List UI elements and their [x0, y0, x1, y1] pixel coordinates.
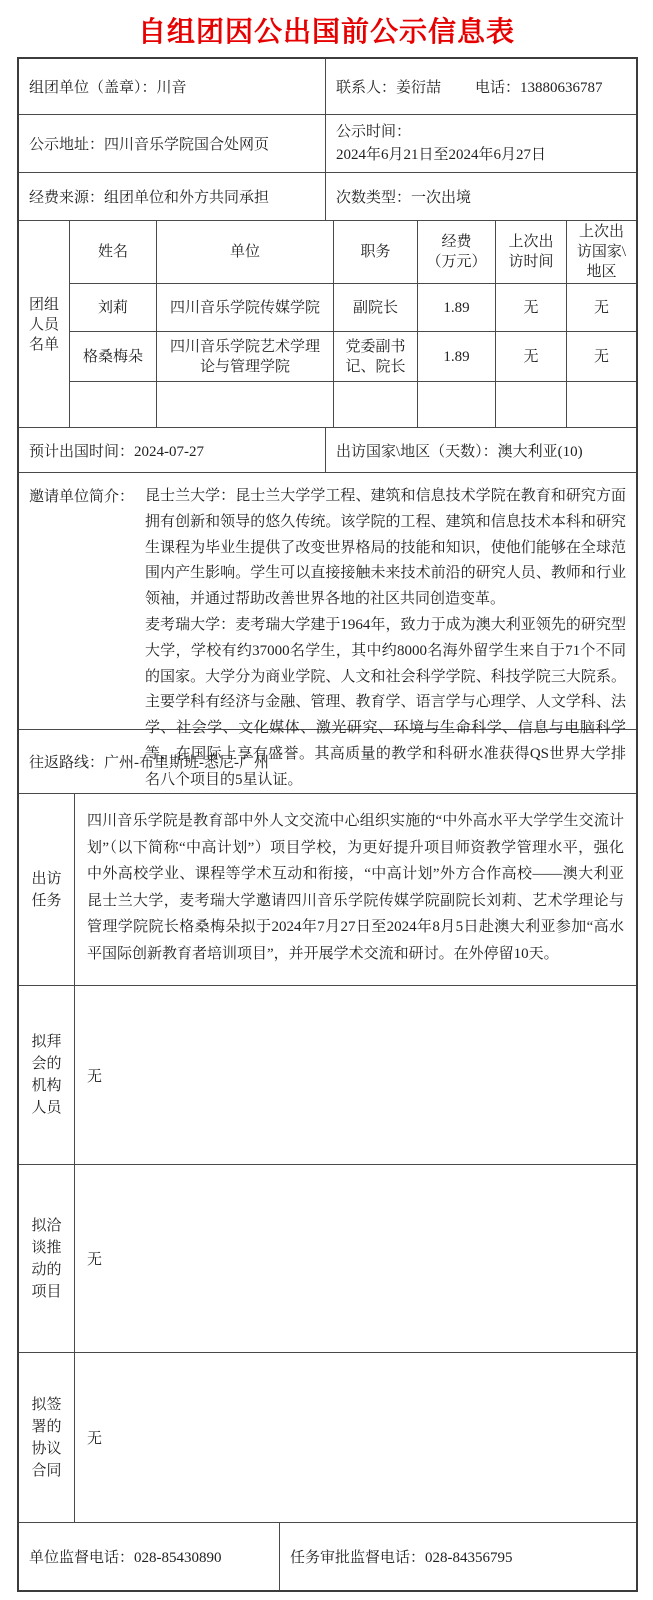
trip-type-cell: 次数类型：一次出境	[325, 173, 636, 220]
personnel-unit	[156, 381, 333, 428]
personnel-last-visit-time	[495, 381, 566, 428]
personnel-last-visit-time: 无	[495, 331, 566, 381]
personnel-last-visit-region: 无	[566, 283, 636, 331]
row-supervision-phones: 单位监督电话：028-85430890 任务审批监督电话：028-8435679…	[19, 1522, 636, 1590]
contact-person: 联系人：姜衍喆	[336, 76, 441, 97]
row-funding: 经费来源：组团单位和外方共同承担 次数类型：一次出境	[19, 172, 636, 220]
personnel-position	[333, 381, 417, 428]
projects-to-discuss-value: 无	[75, 1165, 636, 1352]
agreements-to-sign-label: 拟签 署的 协议 合同	[19, 1353, 75, 1522]
publicity-address-cell: 公示地址：四川音乐学院国合处网页	[19, 115, 325, 172]
unit-supervision-phone-cell: 单位监督电话：028-85430890	[19, 1523, 279, 1590]
route-cell: 往返路线：广州-布里斯班-悉尼-广州	[19, 730, 636, 793]
visit-task-body: 四川音乐学院是教育部中外人文交流中心组织实施的“中外高水平大学学生交流计划”（以…	[75, 794, 636, 985]
row-route: 往返路线：广州-布里斯班-悉尼-广州	[19, 729, 636, 793]
section-agreements-to-sign: 拟签 署的 协议 合同 无	[19, 1352, 636, 1522]
personnel-last-visit-time: 无	[495, 283, 566, 331]
task-supervision-phone-cell: 任务审批监督电话：028-84356795	[279, 1523, 636, 1590]
personnel-position: 党委副书 记、院长	[333, 331, 417, 381]
page-title: 自组团因公出国前公示信息表	[0, 10, 653, 50]
personnel-fee	[417, 381, 495, 428]
personnel-name: 格桑梅朵	[69, 331, 156, 381]
publicity-form-sheet: 自组团因公出国前公示信息表 组团单位（盖章）：川音 联系人：姜衍喆 电话：138…	[0, 0, 653, 1600]
publicity-form-table: 组团单位（盖章）：川音 联系人：姜衍喆 电话：13880636787 公示地址：…	[17, 57, 638, 1592]
personnel-table: 团组 人员 名单 姓名 单位 职务 经费 （万元） 上次出 访时间 上次出 访国…	[19, 220, 636, 427]
personnel-unit: 四川音乐学院艺术学理 论与管理学院	[156, 331, 333, 381]
row-departure: 预计出国时间：2024-07-27 出访国家\地区（天数）：澳大利亚(10)	[19, 427, 636, 472]
expected-departure-cell: 预计出国时间：2024-07-27	[19, 428, 325, 472]
visit-task-text: 四川音乐学院是教育部中外人文交流中心组织实施的“中外高水平大学学生交流计划”（以…	[87, 808, 624, 967]
inviting-org-cell: 邀请单位简介： 昆士兰大学：昆士兰大学学工程、建筑和信息技术学院在教育和研究方面…	[19, 473, 636, 729]
agreements-to-sign-value: 无	[75, 1353, 636, 1522]
personnel-row-label: 团组 人员 名单	[19, 221, 69, 428]
orgs-to-visit-label: 拟拜 会的 机构 人员	[19, 986, 75, 1164]
destination-cell: 出访国家\地区（天数）：澳大利亚(10)	[325, 428, 636, 472]
personnel-fee: 1.89	[417, 283, 495, 331]
row-inviting-org: 邀请单位简介： 昆士兰大学：昆士兰大学学工程、建筑和信息技术学院在教育和研究方面…	[19, 472, 636, 729]
publicity-time-cell: 公示时间： 2024年6月21日至2024年6月27日	[325, 115, 636, 172]
orgs-to-visit-value: 无	[75, 986, 636, 1164]
personnel-name: 刘莉	[69, 283, 156, 331]
header-last-visit-region: 上次出 访国家\ 地区	[566, 221, 636, 283]
section-projects-to-discuss: 拟洽 谈推 动的 项目 无	[19, 1164, 636, 1352]
row-group-unit: 组团单位（盖章）：川音 联系人：姜衍喆 电话：13880636787	[19, 59, 636, 114]
personnel-last-visit-region: 无	[566, 331, 636, 381]
row-publicity: 公示地址：四川音乐学院国合处网页 公示时间： 2024年6月21日至2024年6…	[19, 114, 636, 172]
visit-task-label: 出访 任务	[19, 794, 75, 985]
contact-cell: 联系人：姜衍喆 电话：13880636787	[325, 59, 636, 114]
personnel-name	[69, 381, 156, 428]
contact-phone: 电话：13880636787	[475, 76, 603, 97]
section-visit-task: 出访 任务 四川音乐学院是教育部中外人文交流中心组织实施的“中外高水平大学学生交…	[19, 793, 636, 985]
header-unit: 单位	[156, 221, 333, 283]
funding-source-cell: 经费来源：组团单位和外方共同承担	[19, 173, 325, 220]
projects-to-discuss-label: 拟洽 谈推 动的 项目	[19, 1165, 75, 1352]
header-name: 姓名	[69, 221, 156, 283]
personnel-last-visit-region	[566, 381, 636, 428]
personnel-position: 副院长	[333, 283, 417, 331]
header-position: 职务	[333, 221, 417, 283]
header-fee: 经费 （万元）	[417, 221, 495, 283]
group-unit-cell: 组团单位（盖章）：川音	[19, 59, 325, 114]
section-orgs-to-visit: 拟拜 会的 机构 人员 无	[19, 985, 636, 1164]
header-last-visit-time: 上次出 访时间	[495, 221, 566, 283]
personnel-unit: 四川音乐学院传媒学院	[156, 283, 333, 331]
inviting-org-label: 邀请单位简介：	[27, 484, 145, 510]
personnel-fee: 1.89	[417, 331, 495, 381]
inviting-org-paragraph-uq: 昆士兰大学：昆士兰大学学工程、建筑和信息技术学院在教育和研究方面拥有创新和领导的…	[145, 484, 626, 613]
